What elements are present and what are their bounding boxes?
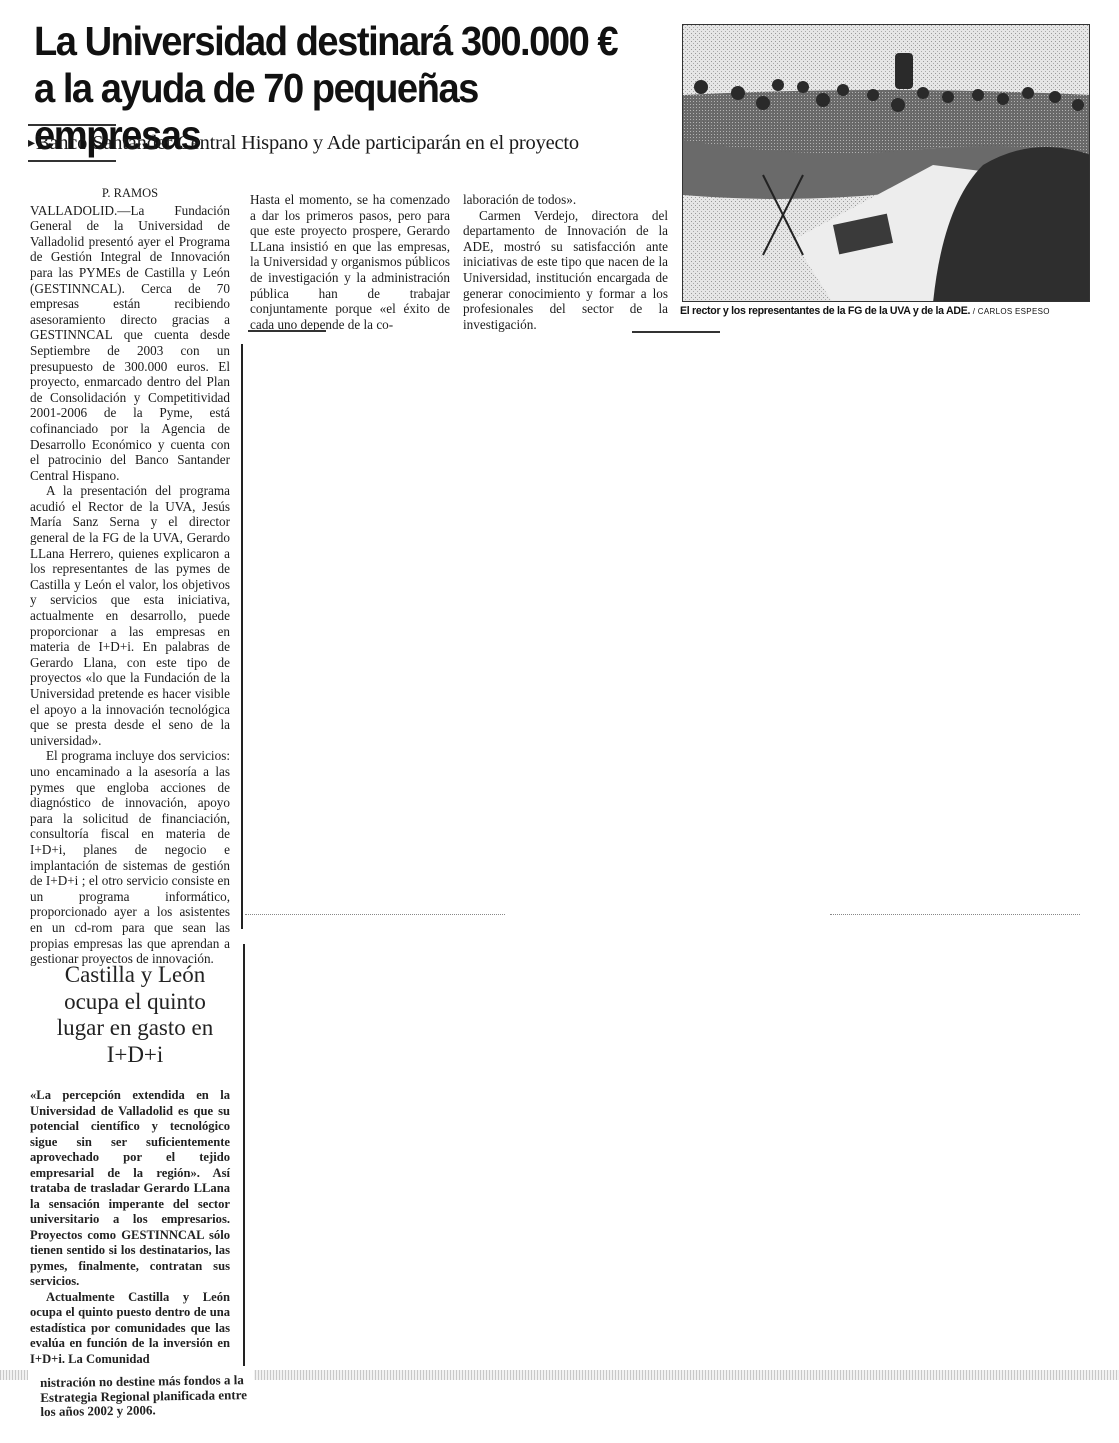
triangle-marker-icon: ▸ [28,136,35,151]
audience-photo-icon [683,25,1090,302]
paragraph: Actualmente Castilla y León ocupa el qui… [30,1290,230,1368]
sidebar-headline: Castilla y León ocupa el quinto lugar en… [40,962,230,1068]
paragraph: Carmen Verdejo, directora del departamen… [463,208,668,333]
paragraph: A la presentación del programa acudió el… [30,483,230,748]
article-column-2: Hasta el momento, se ha comenzado a dar … [250,186,450,332]
photo-credit: / CARLOS ESPESO [973,307,1050,316]
fold-line [830,914,1080,915]
rule-below-subhead [28,160,116,162]
column-end-rule [632,331,720,333]
photo-caption: El rector y los representantes de la FG … [680,305,1110,317]
fold-line [245,914,505,915]
column-divider [241,344,243,929]
byline: P. RAMOS [30,186,230,202]
paragraph: El programa incluye dos servicios: uno e… [30,748,230,966]
paragraph: laboración de todos». [463,192,668,208]
paragraph: VALLADOLID.—La Fundación General de la U… [30,203,230,484]
rule-above-subhead [28,124,116,126]
subheadline: ▸Banco Santander Central Hispano y Ade p… [28,132,668,155]
sidebar-article-body: «La percepción extendida en la Universid… [30,1088,230,1367]
column-divider [243,944,245,1368]
column-end-rule [248,330,326,332]
subheadline-text: Banco Santander Central Hispano y Ade pa… [36,132,579,154]
caption-text: El rector y los representantes de la FG … [680,305,970,317]
paragraph: «La percepción extendida en la Universid… [30,1088,230,1290]
paragraph: Hasta el momento, se ha comenzado a dar … [250,192,450,332]
news-photo [682,24,1090,302]
article-column-1: P. RAMOS VALLADOLID.—La Fundación Genera… [30,186,230,967]
article-column-3: laboración de todos». Carmen Verdejo, di… [463,186,668,332]
continuation-text: nistración no destine más fondos a la Es… [40,1373,256,1419]
